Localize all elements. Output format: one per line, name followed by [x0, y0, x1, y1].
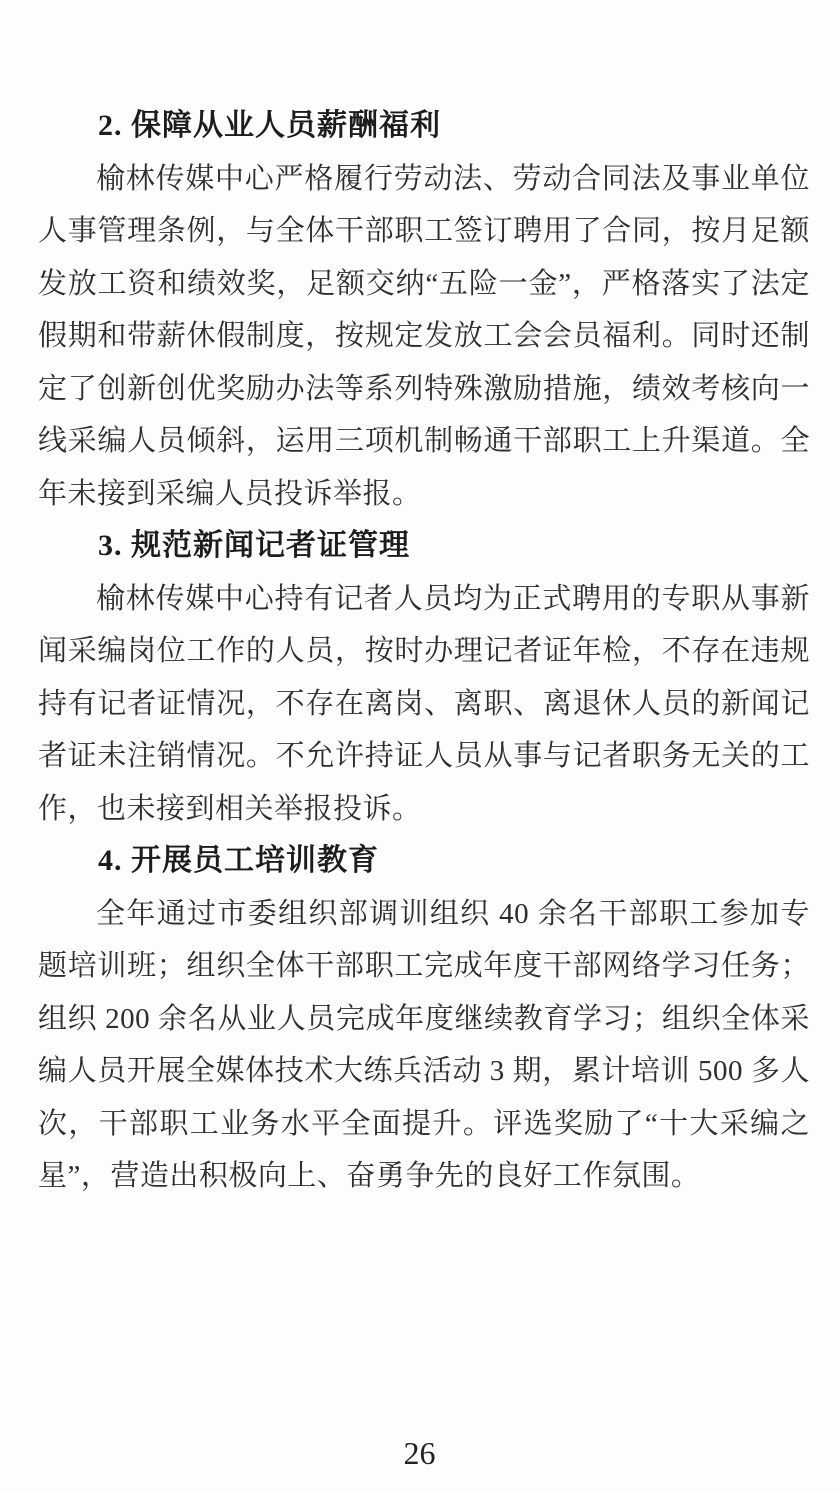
paragraph: 榆林传媒中心持有记者人员均为正式聘用的专职从事新闻采编岗位工作的人员，按时办理记…: [38, 573, 810, 836]
section-staff-training: 4. 开展员工培训教育 全年通过市委组织部调训组织 40 余名干部职工参加专题培…: [38, 835, 810, 1203]
section-salary-benefits: 2. 保障从业人员薪酬福利 榆林传媒中心严格履行劳动法、劳动合同法及事业单位人事…: [38, 100, 810, 520]
document-page: 2. 保障从业人员薪酬福利 榆林传媒中心严格履行劳动法、劳动合同法及事业单位人事…: [0, 0, 839, 1492]
paragraph: 全年通过市委组织部调训组织 40 余名干部职工参加专题培训班；组织全体干部职工完…: [38, 888, 810, 1203]
section-press-card-management: 3. 规范新闻记者证管理 榆林传媒中心持有记者人员均为正式聘用的专职从事新闻采编…: [38, 520, 810, 835]
paragraph: 榆林传媒中心严格履行劳动法、劳动合同法及事业单位人事管理条例，与全体干部职工签订…: [38, 153, 810, 521]
section-heading: 4. 开展员工培训教育: [38, 835, 810, 888]
page-number: 26: [0, 1435, 839, 1472]
section-heading: 3. 规范新闻记者证管理: [38, 520, 810, 573]
document-content: 2. 保障从业人员薪酬福利 榆林传媒中心严格履行劳动法、劳动合同法及事业单位人事…: [38, 100, 810, 1203]
section-heading: 2. 保障从业人员薪酬福利: [38, 100, 810, 153]
